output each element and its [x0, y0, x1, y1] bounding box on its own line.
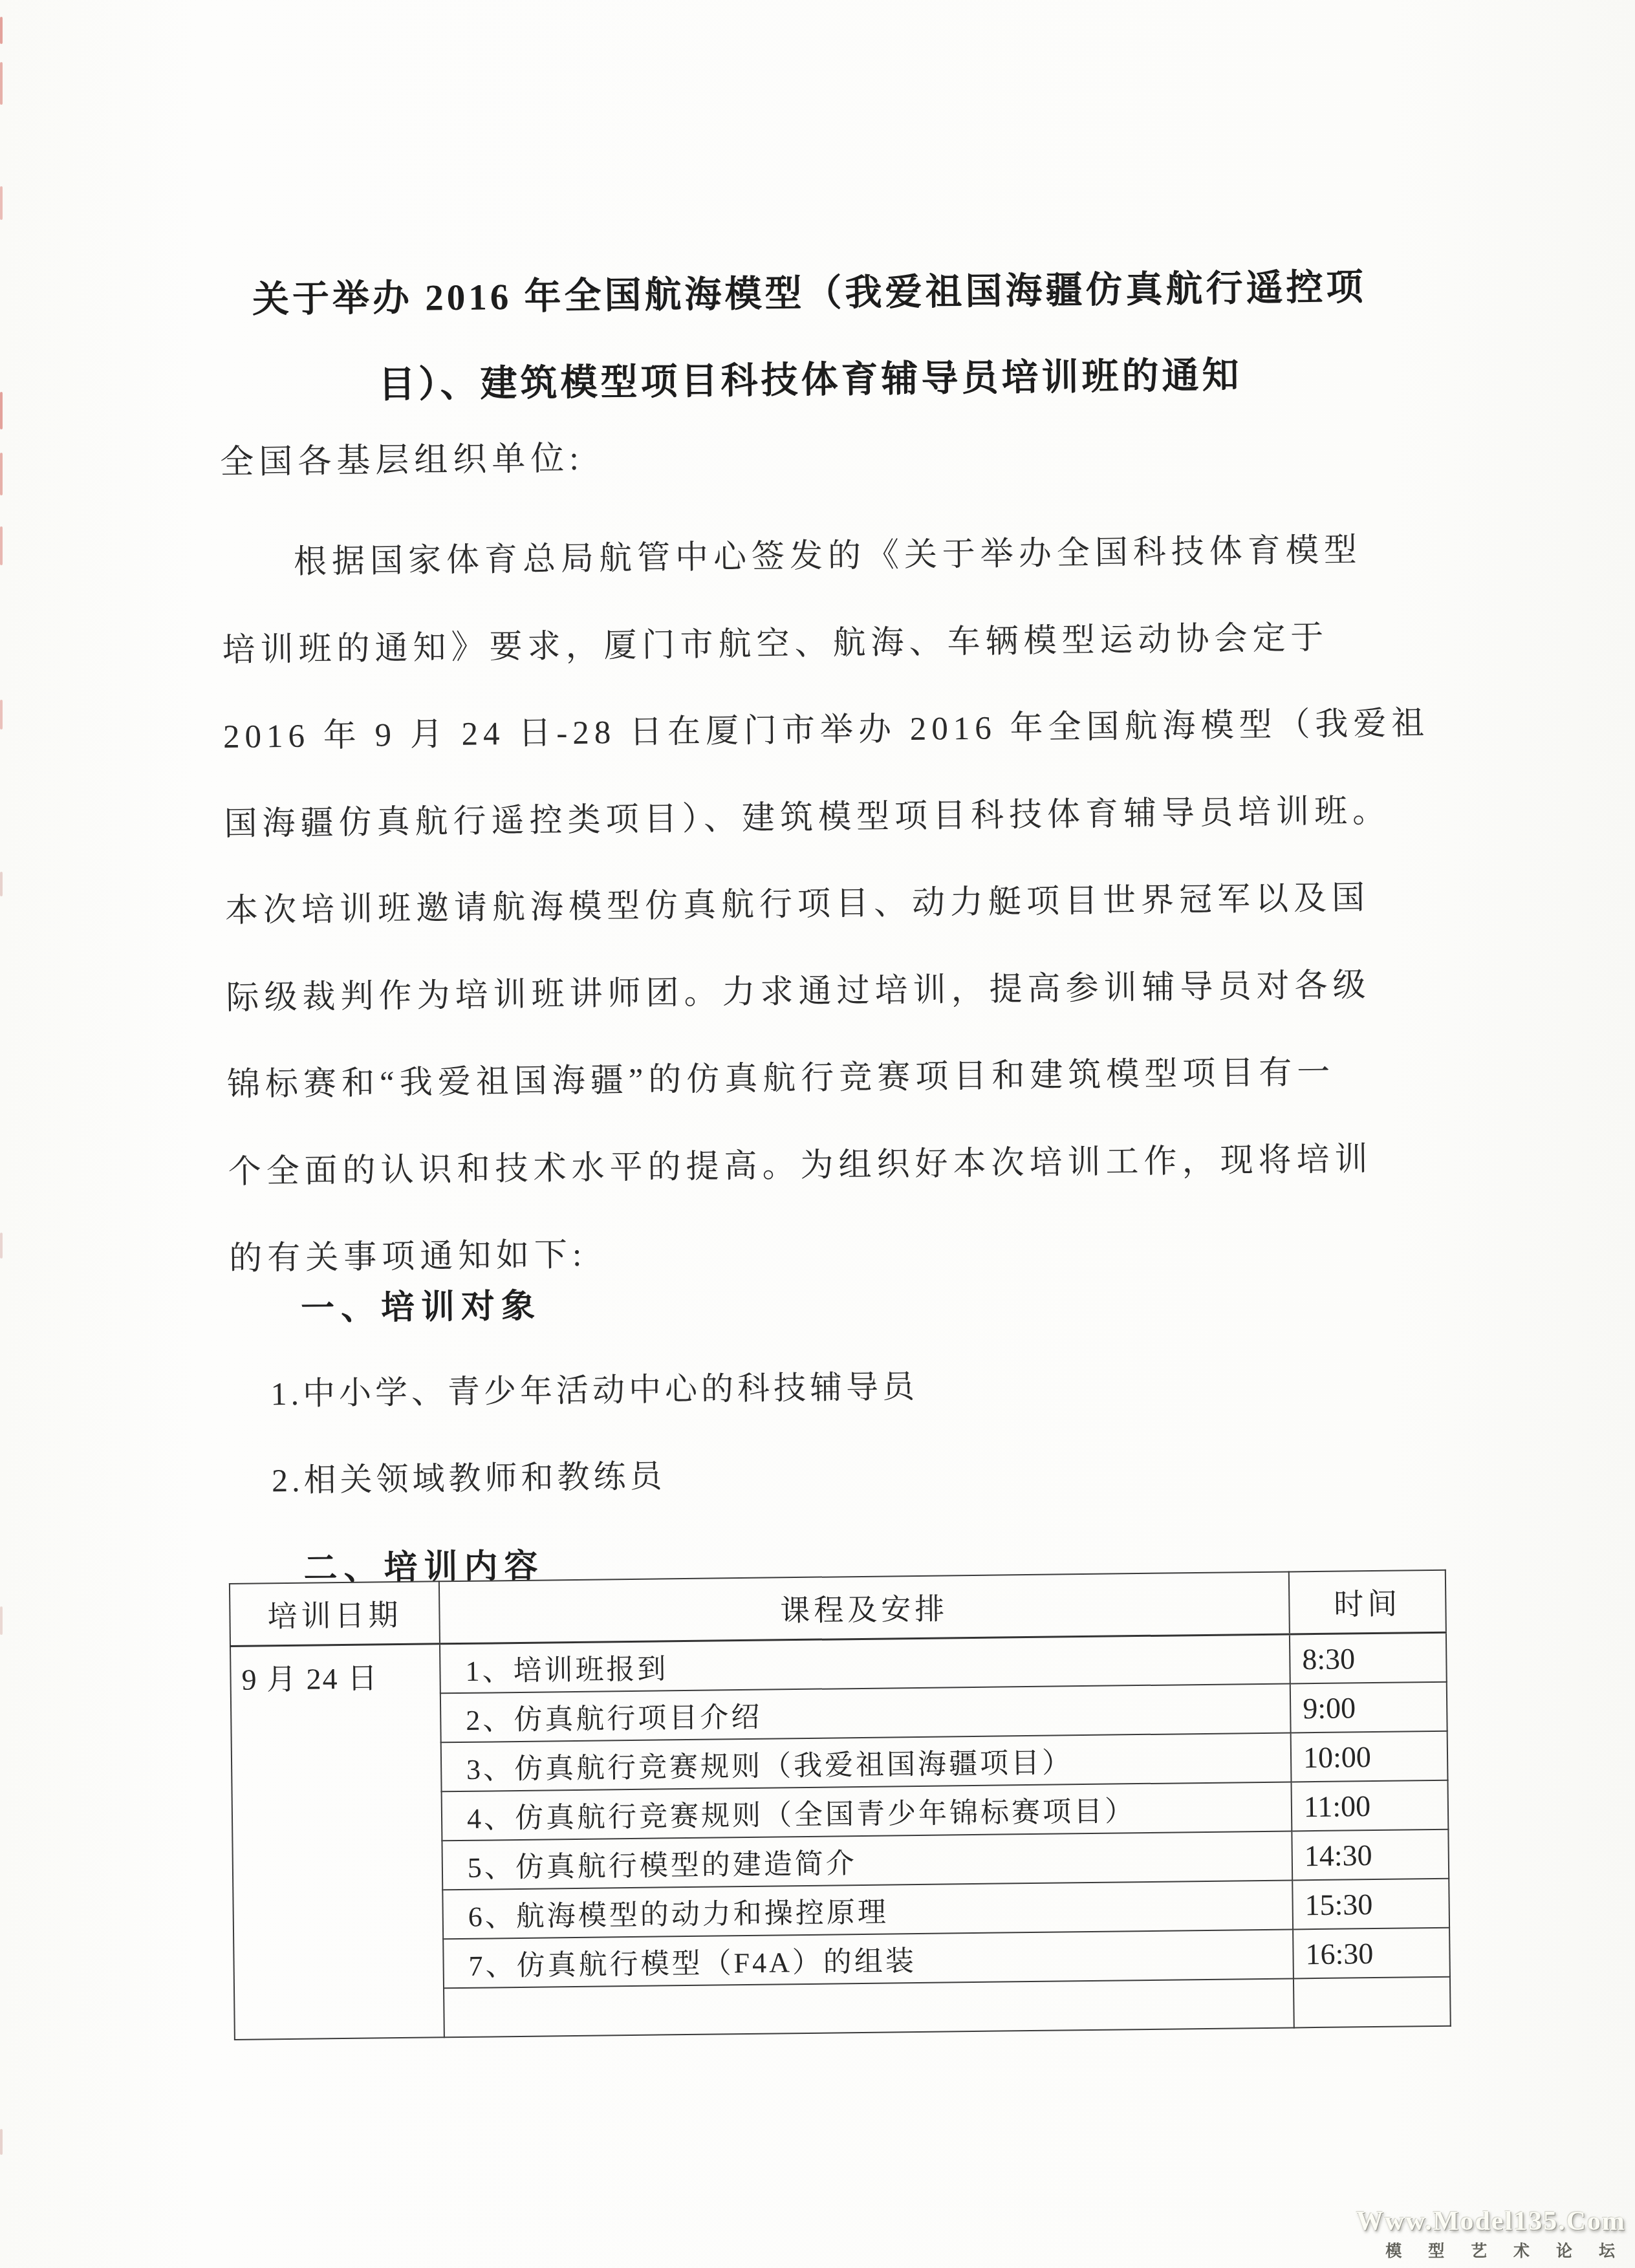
course-cell [444, 1978, 1294, 2037]
time-cell: 9:00 [1290, 1682, 1447, 1733]
title-line-2: 目）、建筑模型项目科技体育辅导员培训班的通知 [216, 330, 1404, 431]
scanned-document-page: 关于举办 2016 年全国航海模型（我爱祖国海疆仿真航行遥控项 目）、建筑模型项… [0, 0, 1635, 2268]
time-cell: 16:30 [1293, 1928, 1450, 1979]
paragraph-line: 根据国家体育总局航管中心签发的《关于举办全国科技体育模型 [221, 506, 1424, 607]
time-cell: 15:30 [1292, 1879, 1449, 1930]
paragraph-line: 本次培训班邀请航海模型仿真航行项目、动力艇项目世界冠军以及国 [224, 854, 1428, 955]
document-content: 关于举办 2016 年全国航海模型（我爱祖国海疆仿真航行遥控项 目）、建筑模型项… [0, 0, 1635, 2268]
document-title: 关于举办 2016 年全国航海模型（我爱祖国海疆仿真航行遥控项 目）、建筑模型项… [215, 244, 1405, 431]
time-cell: 11:00 [1291, 1780, 1448, 1831]
paragraph-line: 个全面的认识和技术水平的提高。为组织好本次培训工作，现将培训 [228, 1115, 1431, 1216]
watermark-url: Www.Model135.Com [1356, 2206, 1626, 2237]
scan-artifact [0, 2129, 3, 2155]
paragraph-line: 际级裁判作为培训班讲师团。力求通过培训，提高参训辅导员对各级 [226, 941, 1429, 1042]
paragraph-line: 培训班的通知》要求，厦门市航空、航海、车辆模型运动协会定于 [222, 593, 1425, 694]
title-line-1: 关于举办 2016 年全国航海模型（我爱祖国海疆仿真航行遥控项 [215, 244, 1403, 344]
body-paragraph: 根据国家体育总局航管中心签发的《关于举办全国科技体育模型 培训班的通知》要求，厦… [221, 506, 1433, 1303]
header-cell-time: 时间 [1289, 1570, 1446, 1634]
watermark: Www.Model135.Com 模 型 艺 术 论 坛 [1356, 2206, 1626, 2262]
salutation: 全国各基层组织单位: [220, 431, 584, 483]
date-cell: 9 月 24 日 [230, 1644, 444, 2040]
scan-artifact [0, 1606, 3, 1635]
paragraph-line: 锦标赛和“我爱祖国海疆”的仿真航行竞赛项目和建筑模型项目有一 [226, 1028, 1430, 1129]
time-cell [1294, 1977, 1451, 2028]
paragraph-line: 国海疆仿真航行遥控类项目）、建筑模型项目科技体育辅导员培训班。 [224, 767, 1427, 868]
header-cell-course: 课程及安排 [439, 1571, 1290, 1643]
list-item: 2.相关领域教师和教练员 [272, 1450, 666, 1501]
course-cell: 1、培训班报到 [440, 1634, 1290, 1693]
watermark-forum-name: 模 型 艺 术 论 坛 [1356, 2238, 1626, 2262]
section-heading-training-targets: 一、培训对象 [301, 1279, 542, 1330]
time-cell: 8:30 [1290, 1632, 1447, 1683]
time-cell: 14:30 [1292, 1830, 1449, 1881]
training-schedule-table: 培训日期 课程及安排 时间 9 月 24 日 1、培训班报到 8:30 2、仿真… [229, 1570, 1451, 2040]
paragraph-line: 2016 年 9 月 24 日-28 日在厦门市举办 2016 年全国航海模型（… [222, 680, 1426, 781]
time-cell: 10:00 [1291, 1731, 1448, 1782]
list-item: 1.中小学、青少年活动中心的科技辅导员 [270, 1361, 918, 1414]
header-cell-date: 培训日期 [230, 1581, 440, 1646]
